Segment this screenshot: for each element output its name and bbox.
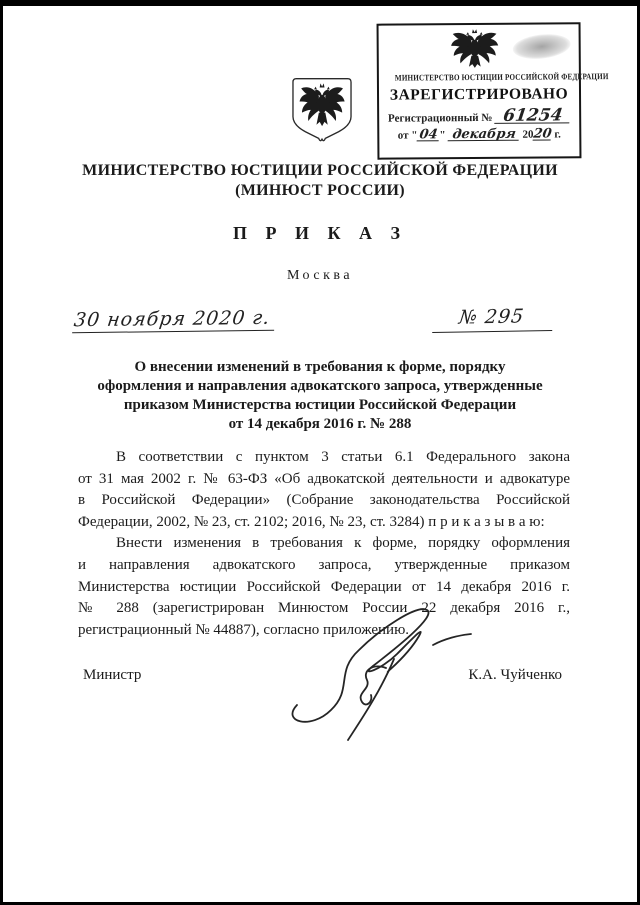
stamp-eagle-icon: [449, 28, 501, 70]
city-label: Москва: [3, 268, 637, 284]
order-title-line: оформления и направления адвокатского за…: [3, 377, 637, 396]
signer-role-label: Министр: [83, 667, 141, 684]
body-line: Внести изменения в требования к форме, п…: [78, 533, 570, 555]
ministry-name-line: МИНИСТЕРСТВО ЮСТИЦИИ РОССИЙСКОЙ ФЕДЕРАЦИ…: [3, 161, 637, 181]
ministry-short-name-line: (МИНЮСТ РОССИИ): [3, 181, 637, 201]
order-title-line: от 14 декабря 2016 г. № 288: [3, 415, 637, 434]
order-title-line: О внесении изменений в требования к форм…: [3, 358, 637, 377]
registration-stamp: МИНИСТЕРСТВО ЮСТИЦИИ РОССИЙСКОЙ ФЕДЕРАЦИ…: [377, 22, 582, 159]
body-line: регистрационный № 44887), согласно прило…: [78, 620, 570, 642]
stamp-date-suffix: г.: [554, 128, 561, 140]
body-line: в Российской Федерации» (Собрание законо…: [78, 490, 570, 512]
stamp-ministry-label: МИНИСТЕРСТВО ЮСТИЦИИ РОССИЙСКОЙ ФЕДЕРАЦИ…: [395, 71, 563, 82]
stamp-quote-close: ": [439, 129, 445, 141]
coat-of-arms-icon: [290, 77, 354, 145]
body-line: № 288 (зарегистрирован Минюстом России 2…: [78, 598, 570, 620]
stamp-date-line: от "04" декабря 2020 г.: [379, 128, 579, 141]
body-line: от 31 мая 2002 г. № 63-ФЗ «Об адвокатско…: [78, 469, 570, 491]
handwritten-date: 30 ноября 2020 г.: [72, 307, 274, 333]
signer-name-label: К.А. Чуйченко: [468, 667, 562, 684]
order-title: О внесении изменений в требования к форм…: [3, 358, 637, 434]
body-line: В соответствии с пунктом 3 статьи 6.1 Фе…: [78, 447, 570, 469]
handwritten-date-text: 30 ноября 2020 г.: [73, 307, 272, 331]
date-and-number-row: 30 ноября 2020 г. № 295: [3, 298, 637, 332]
handwritten-order-number-text: № 295: [458, 305, 526, 328]
body-line: и направления адвокатского запроса, утве…: [78, 555, 570, 577]
stamp-ink-smudge: [512, 31, 572, 61]
signature-row: Министр К.А. Чуйченко: [3, 667, 637, 684]
stamp-date-day: 04: [417, 130, 441, 141]
stamp-date-year-written: 20: [533, 129, 553, 140]
stamp-reg-number: 61254: [494, 109, 571, 124]
stamp-date-prefix: от: [398, 129, 409, 141]
stamp-registered-label: ЗАРЕГИСТРИРОВАНО: [379, 85, 579, 104]
stamp-date-month: декабря: [448, 130, 521, 142]
stamp-reg-label: Регистрационный №: [388, 112, 493, 125]
body-line: Федерации, 2002, № 23, ст. 2102; 2016, №…: [78, 512, 570, 534]
document-page: МИНИСТЕРСТВО ЮСТИЦИИ РОССИЙСКОЙ ФЕДЕРАЦИ…: [0, 0, 640, 905]
order-title-line: приказом Министерства юстиции Российской…: [3, 396, 637, 415]
stamp-header-row: [379, 26, 579, 71]
document-type-heading: П Р И К А З: [3, 223, 637, 244]
handwritten-order-number: № 295: [432, 305, 552, 333]
stamp-registration-number-line: Регистрационный № 61254: [379, 109, 579, 124]
body-line: Министерства юстиции Российской Федераци…: [78, 577, 570, 599]
order-body: В соответствии с пунктом 3 статьи 6.1 Фе…: [78, 447, 570, 641]
